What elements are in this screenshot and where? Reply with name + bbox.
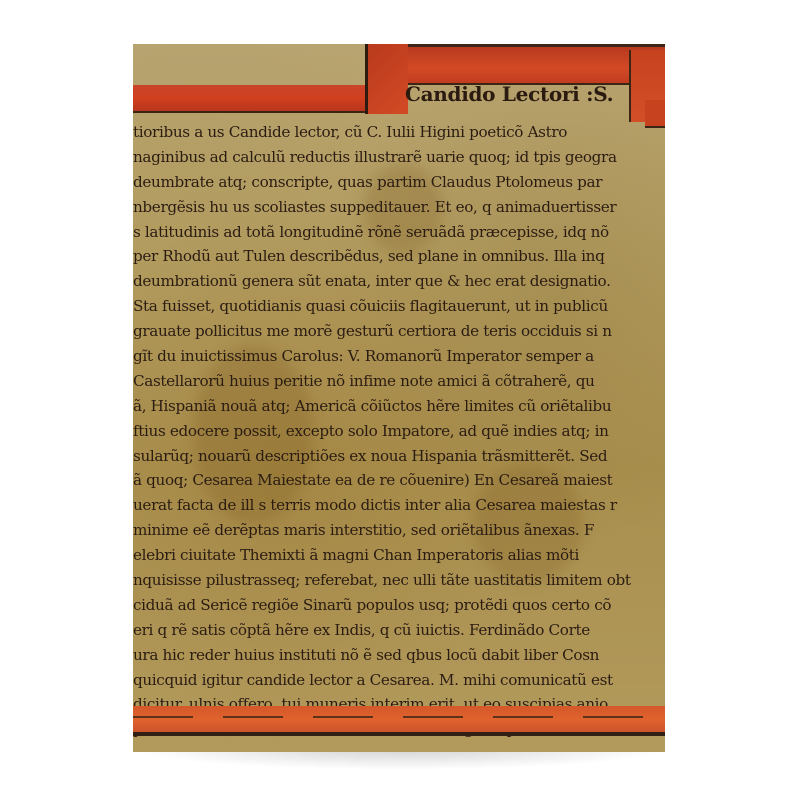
text-line: eri q rẽ satis cõptã hẽre ex Indis, q cũ… [133,618,665,643]
text-line: minime eẽ derẽptas maris interstitio, se… [133,518,665,543]
bottom-dashed-rule [133,716,665,718]
text-line: s latitudinis ad totã longitudinẽ rõnẽ s… [133,220,665,245]
text-line: uerat facta de ill s terris modo dictis … [133,493,665,518]
text-line: deumbrate atq; conscripte, quas partim C… [133,170,665,195]
text-line: tioribus a us Candide lector, cũ C. Iuli… [133,120,665,145]
text-line: ã, Hispaniã nouã atq; Americã cõiũctos h… [133,394,665,419]
text-line: gĩt du inuictissimus Carolus: V. Romanor… [133,344,665,369]
bottom-rule [133,732,665,736]
text-line: per Rhodũ aut Tulen describẽdus, sed pla… [133,244,665,269]
text-line: deumbrationũ genera sũt enata, inter que… [133,269,665,294]
text-line: sularũq; nouarũ descriptiões ex noua His… [133,444,665,469]
text-line: ura hic reder huius instituti nõ ẽ sed q… [133,643,665,668]
red-banner-top [365,44,665,85]
text-line: Sta fuisset, quotidianis quasi cõuiciis … [133,294,665,319]
red-banner-left [133,85,373,113]
red-band-bottom [133,706,665,734]
text-line: quicquid igitur candide lector a Cesarea… [133,668,665,693]
red-banner-fold [365,44,408,114]
text-line: ciduã ad Sericẽ regiõe Sinarũ populos us… [133,593,665,618]
heading: Candido Lectori :S. [405,82,613,106]
text-line: elebri ciuitate Themixti ã magni Chan Im… [133,543,665,568]
text-line: nbergẽsis hu us scoliastes suppeditauer.… [133,195,665,220]
text-line: grauate pollicitus me morẽ gesturũ certi… [133,319,665,344]
body-text: tioribus a us Candide lector, cũ C. Iuli… [133,120,665,742]
text-line: nquisisse pilustrasseq; referebat, nec u… [133,568,665,593]
text-line: ã quoq; Cesarea Maiestate ea de re cõuen… [133,468,665,493]
text-line: Castellarorũ huius peritie nõ infime not… [133,369,665,394]
text-line: ftius edocere possit, excepto solo Impat… [133,419,665,444]
document-page: Candido Lectori :S. tioribus a us Candid… [133,44,665,752]
text-line: naginibus ad calculũ reductis illustrarẽ… [133,145,665,170]
